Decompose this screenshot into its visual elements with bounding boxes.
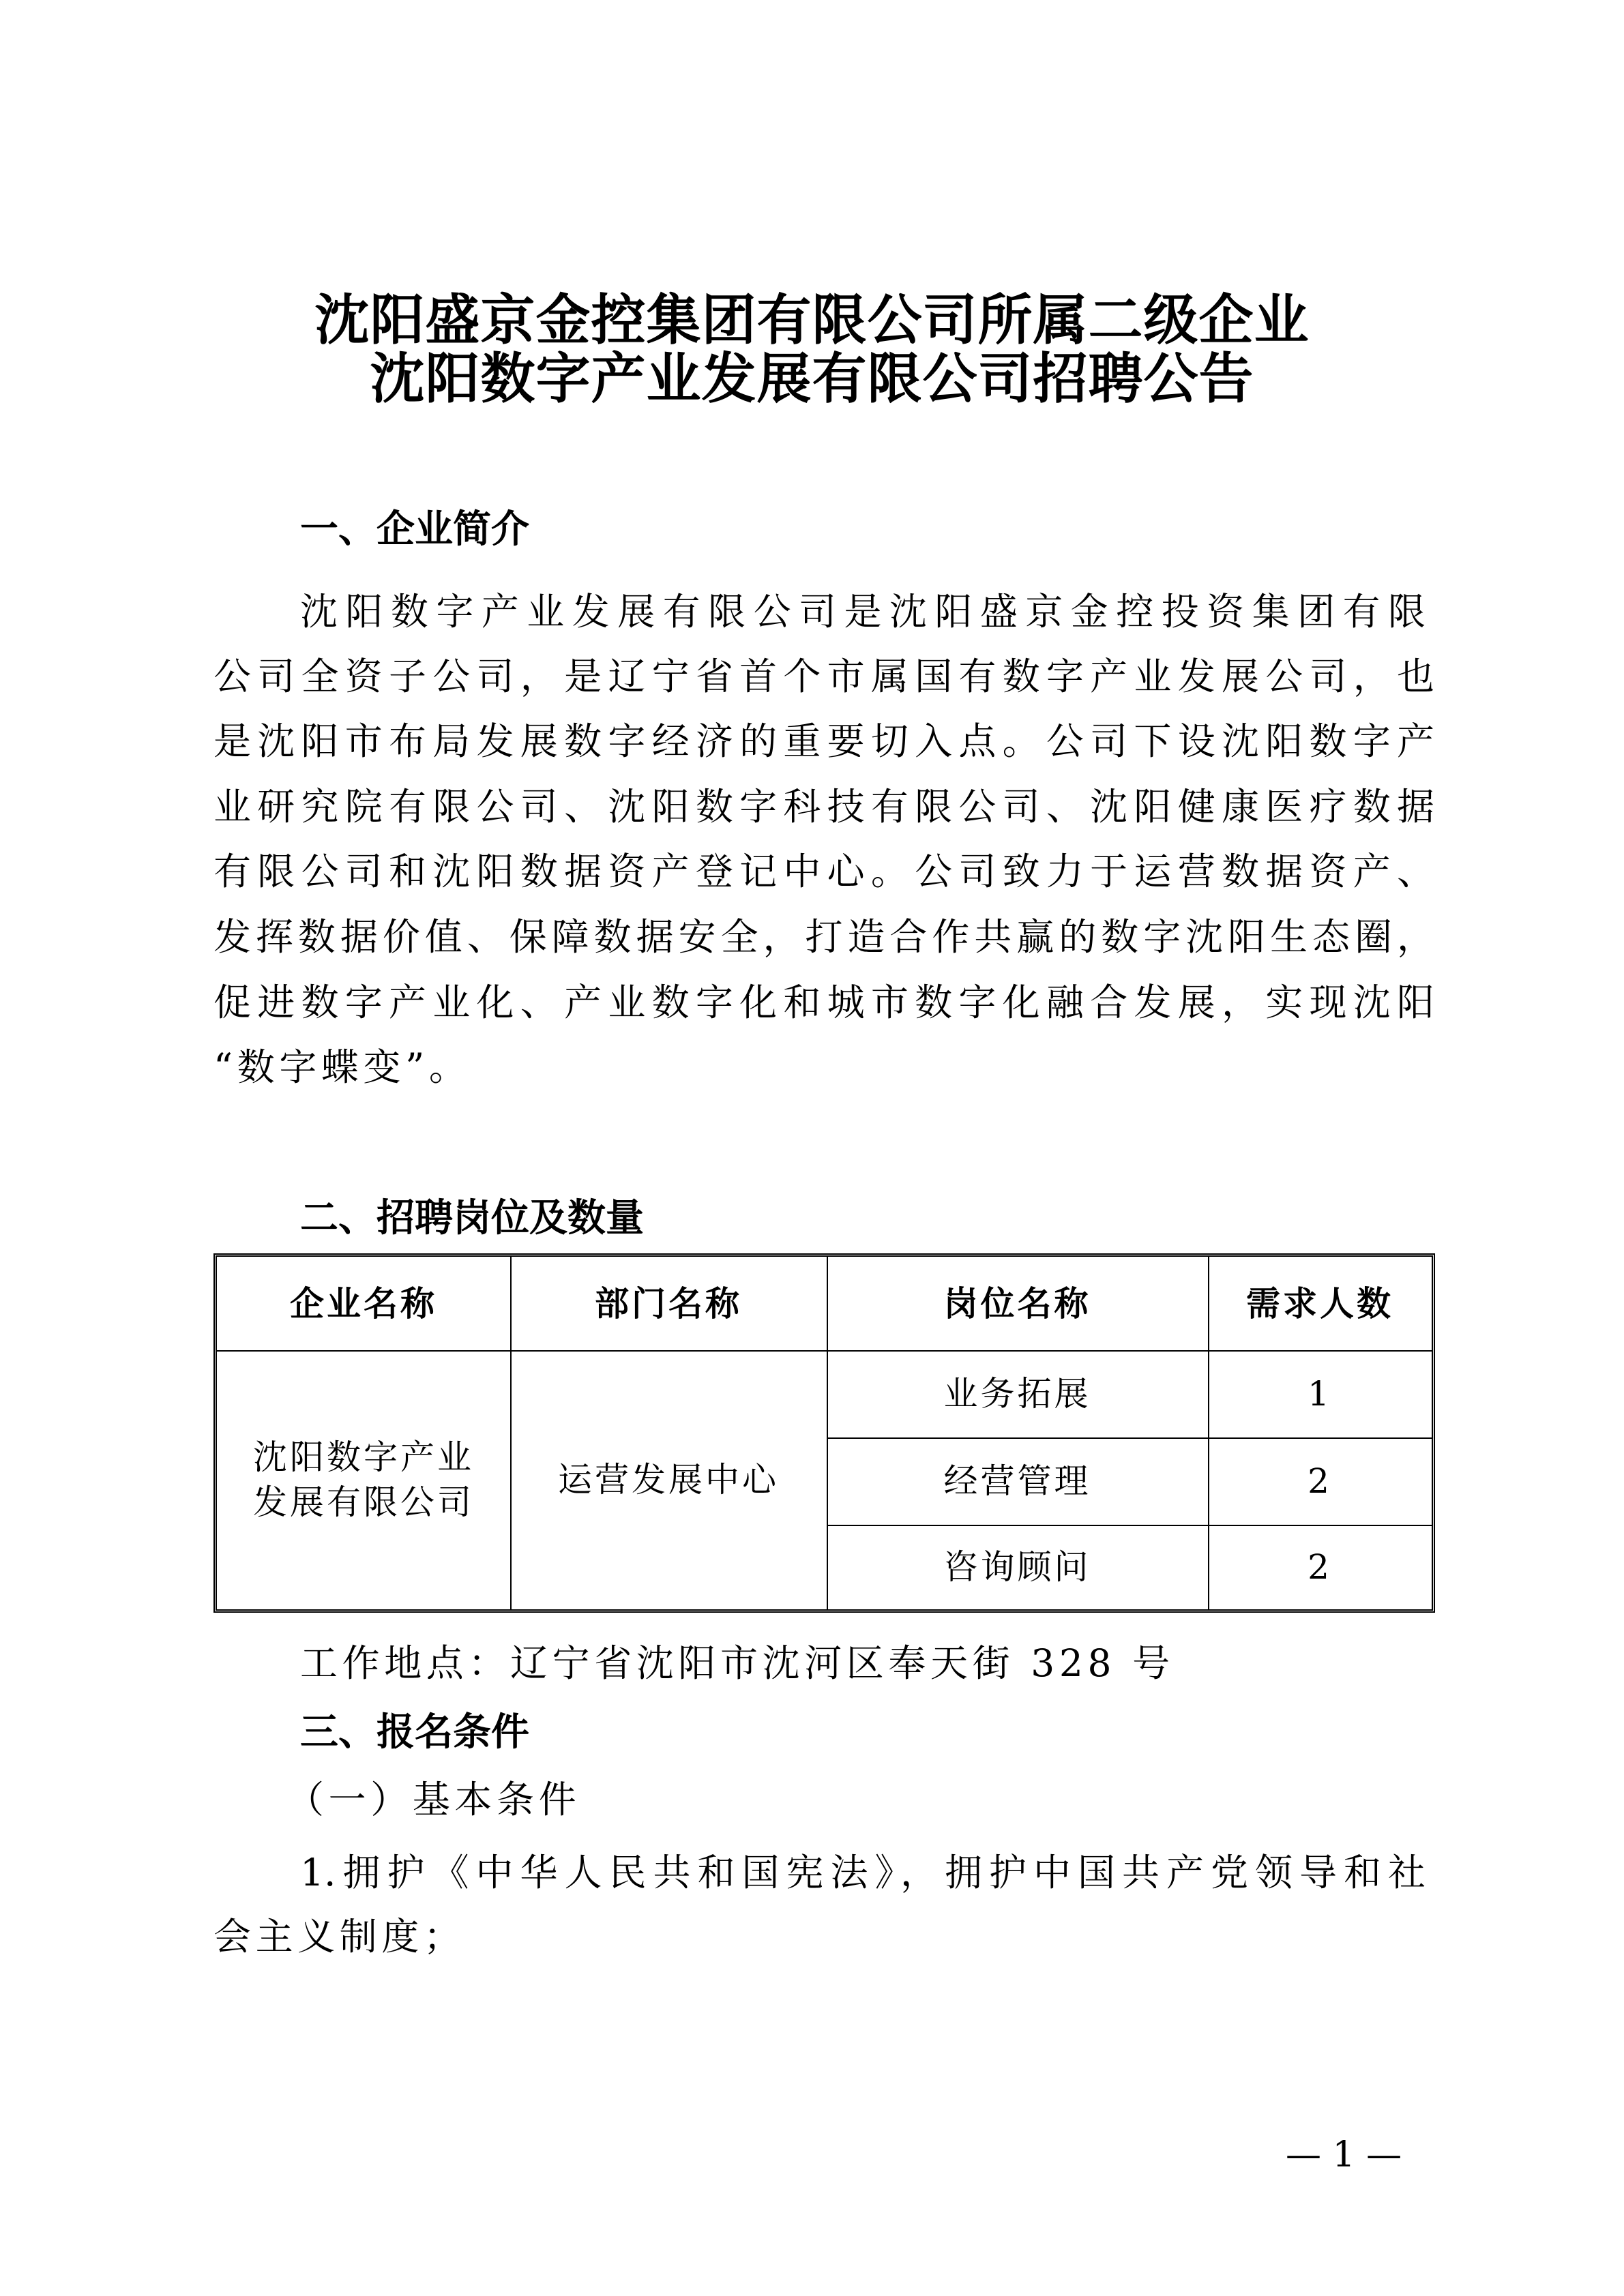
intro-paragraph-line: 发挥数据价值、保障数据安全，打造合作共赢的数字沈阳生态圈， [213,913,1434,961]
company-name-line-2: 发展有限公司 [253,1480,474,1525]
requirement-item-1-continued: 会主义制度； [213,1913,466,1960]
table-cell-position: 业务拓展 [827,1350,1208,1437]
intro-paragraph-line: 业研究院有限公司、沈阳数字科技有限公司、沈阳健康医疗数据 [213,783,1434,831]
section-heading-positions: 二、招聘岗位及数量 [300,1195,644,1242]
positions-table: 企业名称 部门名称 岗位名称 需求人数 沈阳数字产业 发展有限公司 运营发展中心… [213,1253,1435,1613]
table-cell-count: 1 [1208,1350,1432,1437]
intro-paragraph-line: “数字蝶变”。 [213,1043,471,1091]
company-name-line-1: 沈阳数字产业 [253,1435,474,1480]
table-cell-company: 沈阳数字产业 发展有限公司 [217,1350,510,1609]
intro-paragraph-line: 促进数字产业化、产业数字化和城市数字化融合发展，实现沈阳 [213,979,1434,1026]
page-number: — 1 — [1286,2134,1402,2175]
table-header-company: 企业名称 [217,1257,510,1350]
intro-paragraph-line: 公司全资子公司，是辽宁省首个市属国有数字产业发展公司，也 [213,653,1434,700]
table-header-position: 岗位名称 [827,1257,1208,1350]
subsection-heading-basic: （一）基本条件 [286,1776,580,1823]
table-header-department: 部门名称 [510,1257,827,1350]
document-title-line-2: 沈阳数字产业发展有限公司招聘公告 [0,348,1624,411]
intro-paragraph-line: 有限公司和沈阳数据资产登记中心。公司致力于运营数据资产、 [213,848,1434,895]
table-cell-count: 2 [1208,1437,1432,1525]
section-heading-requirements: 三、报名条件 [300,1709,529,1757]
table-cell-position: 经营管理 [827,1437,1208,1525]
document-title-line-1: 沈阳盛京金控集团有限公司所属二级企业 [0,289,1624,352]
requirement-item-1: 1.拥护《中华人民共和国宪法》，拥护中国共产党领导和社 [300,1849,1426,1896]
table-header-count: 需求人数 [1208,1257,1432,1350]
table-cell-position: 咨询顾问 [827,1525,1208,1609]
table-cell-count: 2 [1208,1525,1432,1609]
intro-paragraph-line: 沈阳数字产业发展有限公司是沈阳盛京金控投资集团有限 [300,588,1426,636]
intro-paragraph-line: 是沈阳市布局发展数字经济的重要切入点。公司下设沈阳数字产 [213,717,1434,765]
table-cell-department: 运营发展中心 [510,1350,827,1609]
section-heading-company-intro: 一、企业简介 [300,506,529,554]
work-location: 工作地点：辽宁省沈阳市沈河区奉天街 328 号 [300,1639,1175,1687]
